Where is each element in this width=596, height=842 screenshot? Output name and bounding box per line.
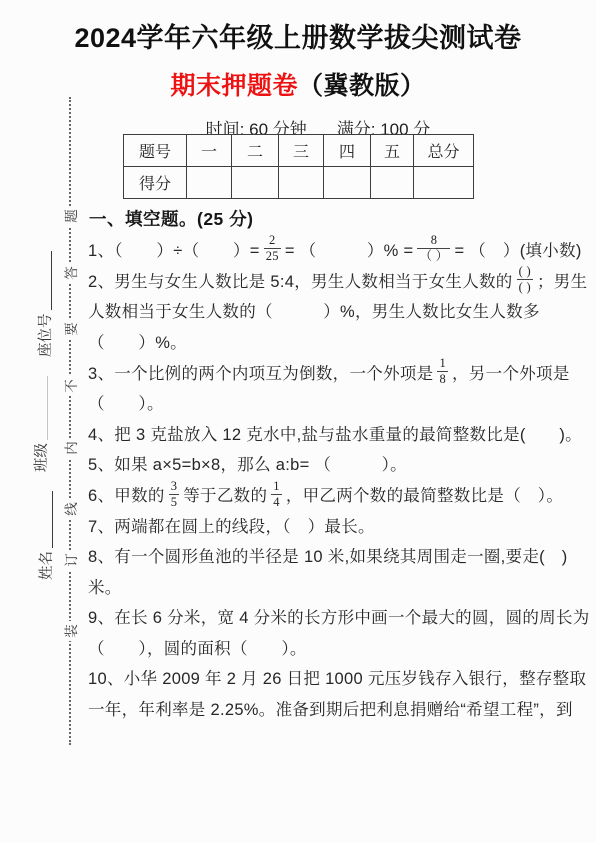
question-text: 人数相当于女生人数的（ ）%，男生人数比女生人数多: [88, 298, 540, 322]
fraction: 35: [169, 479, 180, 510]
fraction-denominator: 5: [169, 494, 180, 510]
fraction-numerator: ( ): [517, 264, 533, 279]
score-table-header-cell: 总分: [414, 135, 474, 167]
binding-char: 内: [59, 438, 81, 458]
binding-char: 不: [59, 376, 81, 396]
fraction-denominator: ( ): [517, 279, 533, 295]
section-heading: 一、填空题。(25 分): [89, 206, 253, 231]
question-line: （ ），圆的面积（ ）。: [88, 632, 582, 663]
question-text: 1、（ ）÷（ ）=: [88, 237, 260, 261]
score-cell-empty: [324, 167, 371, 199]
question-text: ，另一个外项是: [452, 360, 570, 384]
question-line: （ ）。: [88, 387, 582, 418]
fraction-denominator: 8: [437, 371, 448, 387]
score-table-header-cell: 五: [371, 135, 414, 167]
fraction-numerator: 1: [271, 479, 282, 494]
fraction-numerator: 1: [437, 356, 448, 371]
page-subtitle: 期末押题卷（冀教版）: [0, 66, 596, 102]
score-cell-empty: [371, 167, 414, 199]
score-table-header-cell: 一: [187, 135, 232, 167]
question-10: 10、小华 2009 年 2 月 26 日把 1000 元压岁钱存入银行，整存整…: [88, 662, 582, 723]
question-4: 4、把 3 克盐放入 12 克水中,盐与盐水重量的最简整数比是( )。: [88, 418, 582, 449]
name-label: 姓名: [35, 551, 56, 580]
question-text: 2、男生与女生人数比是 5:4，男生人数相当于女生人数的: [88, 268, 513, 292]
name-blank-line: [52, 491, 53, 548]
question-8: 8、有一个圆形鱼池的半径是 10 米,如果绕其周围走一圈,要走( )米。: [88, 540, 582, 601]
score-cell-empty: [414, 167, 474, 199]
class-label: 班级: [30, 443, 51, 472]
fraction: ( )( ): [517, 264, 533, 295]
question-line: 4、把 3 克盐放入 12 克水中,盐与盐水重量的最简整数比是( )。: [88, 418, 582, 449]
question-text: ，甲乙两个数的最简整数比是（ ）。: [286, 482, 563, 506]
exam-paper-page: 题答要不内线订装 座位号 班级 姓名 2024学年六年级上册数学拔尖测试卷 期末…: [0, 0, 596, 842]
page-title: 2024学年六年级上册数学拔尖测试卷: [0, 16, 596, 55]
fraction-denominator: 25: [264, 248, 281, 264]
binding-char: 答: [59, 263, 81, 283]
question-9: 9、在长 6 分米，宽 4 分米的长方形中画一个最大的圆，圆的周长为（ ），圆的…: [88, 601, 582, 662]
fraction-numerator: 2: [267, 233, 278, 248]
question-text: 5、如果 a×5=b×8，那么 a:b= （ ）。: [88, 451, 407, 475]
question-text: （ ）。: [88, 390, 164, 414]
question-line: 7、两端都在圆上的线段，（ ）最长。: [88, 510, 582, 541]
question-text: ；男生: [537, 268, 587, 292]
question-text: 4、把 3 克盐放入 12 克水中,盐与盐水重量的最简整数比是( )。: [88, 421, 582, 445]
question-text: （ ），圆的面积（ ）。: [88, 635, 307, 659]
fraction: 18: [437, 356, 448, 387]
score-cell-empty: [232, 167, 279, 199]
score-table: 题号一二三四五总分得分: [123, 134, 474, 199]
binding-dotted-line: [69, 97, 71, 745]
fraction: 8（ ）: [417, 233, 450, 264]
question-line: 一年，年利率是 2.25%。准备到期后把利息捐赠给“希望工程”，到: [88, 693, 582, 724]
question-line: （ ）%。: [88, 326, 582, 357]
question-line: 米。: [88, 571, 582, 602]
question-text: = （ ）(填小数): [454, 237, 581, 261]
question-line: 6、甲数的35等于乙数的14，甲乙两个数的最简整数比是（ ）。: [88, 479, 582, 510]
fraction: 14: [271, 479, 282, 510]
fraction-denominator: （ ）: [417, 248, 450, 264]
subtitle-exam-type: 期末押题卷: [170, 72, 298, 100]
class-blank-line: [47, 376, 48, 440]
question-line: 3、一个比例的两个内项互为倒数，一个外项是18，另一个外项是: [88, 356, 582, 387]
question-line: 10、小华 2009 年 2 月 26 日把 1000 元压岁钱存入银行，整存整…: [88, 662, 582, 693]
binding-char: 订: [59, 550, 81, 570]
question-3: 3、一个比例的两个内项互为倒数，一个外项是18，另一个外项是（ ）。: [88, 356, 582, 418]
question-text: 一年，年利率是 2.25%。准备到期后把利息捐赠给“希望工程”，到: [88, 696, 573, 720]
question-text: 等于乙数的: [183, 482, 267, 506]
question-line: 人数相当于女生人数的（ ）%，男生人数比女生人数多: [88, 295, 582, 326]
question-text: 6、甲数的: [88, 482, 165, 506]
class-field: 班级: [32, 376, 51, 472]
fraction-numerator: 3: [169, 479, 180, 494]
score-cell-empty: [187, 167, 232, 199]
score-table-header-cell: 三: [279, 135, 324, 167]
question-line: 8、有一个圆形鱼池的半径是 10 米,如果绕其周围走一圈,要走( ): [88, 540, 582, 571]
question-2: 2、男生与女生人数比是 5:4，男生人数相当于女生人数的( )( )；男生人数相…: [88, 264, 582, 356]
seat-number-field: 座位号: [36, 251, 55, 357]
score-row-label: 得分: [124, 167, 187, 199]
name-field: 姓名: [37, 491, 56, 580]
binding-char: 题: [59, 206, 81, 226]
question-text: 3、一个比例的两个内项互为倒数，一个外项是: [88, 360, 433, 384]
question-line: 1、（ ）÷（ ）= 225 = （ ）% = 8（ ） = （ ）(填小数): [88, 233, 582, 264]
question-line: 9、在长 6 分米，宽 4 分米的长方形中画一个最大的圆，圆的周长为: [88, 601, 582, 632]
questions-list: 1、（ ）÷（ ）= 225 = （ ）% = 8（ ） = （ ）(填小数)2…: [88, 233, 582, 723]
subtitle-edition: （冀教版）: [298, 72, 426, 100]
question-text: （ ）%。: [88, 329, 187, 353]
score-cell-empty: [279, 167, 324, 199]
score-table-header-cell: 四: [324, 135, 371, 167]
question-text: 8、有一个圆形鱼池的半径是 10 米,如果绕其周围走一圈,要走( ): [88, 543, 568, 567]
score-table-score-row: 得分: [124, 167, 474, 199]
score-table-header-cell: 二: [232, 135, 279, 167]
header: 2024学年六年级上册数学拔尖测试卷 期末押题卷（冀教版） 时间: 60 分钟 …: [0, 0, 596, 140]
question-text: 10、小华 2009 年 2 月 26 日把 1000 元压岁钱存入银行，整存整…: [88, 665, 586, 689]
question-text: = （ ）% =: [285, 237, 414, 261]
question-text: 米。: [88, 574, 122, 598]
fraction: 225: [264, 233, 281, 264]
score-table-header-cell: 题号: [124, 135, 187, 167]
question-line: 5、如果 a×5=b×8，那么 a:b= （ ）。: [88, 448, 582, 479]
question-line: 2、男生与女生人数比是 5:4，男生人数相当于女生人数的( )( )；男生: [88, 264, 582, 295]
seat-number-blank-line: [51, 251, 52, 311]
score-table-header-row: 题号一二三四五总分: [124, 135, 474, 167]
question-5: 5、如果 a×5=b×8，那么 a:b= （ ）。: [88, 448, 582, 479]
question-text: 7、两端都在圆上的线段，（ ）最长。: [88, 513, 375, 537]
question-6: 6、甲数的35等于乙数的14，甲乙两个数的最简整数比是（ ）。: [88, 479, 582, 510]
question-text: 9、在长 6 分米，宽 4 分米的长方形中画一个最大的圆，圆的周长为: [88, 604, 590, 628]
binding-char: 装: [59, 621, 81, 641]
binding-char: 要: [59, 319, 81, 339]
question-1: 1、（ ）÷（ ）= 225 = （ ）% = 8（ ） = （ ）(填小数): [88, 233, 582, 264]
question-7: 7、两端都在圆上的线段，（ ）最长。: [88, 510, 582, 541]
binding-char: 线: [59, 499, 81, 519]
fraction-numerator: 8: [429, 233, 440, 248]
fraction-denominator: 4: [271, 494, 282, 510]
seat-number-label: 座位号: [34, 314, 55, 358]
